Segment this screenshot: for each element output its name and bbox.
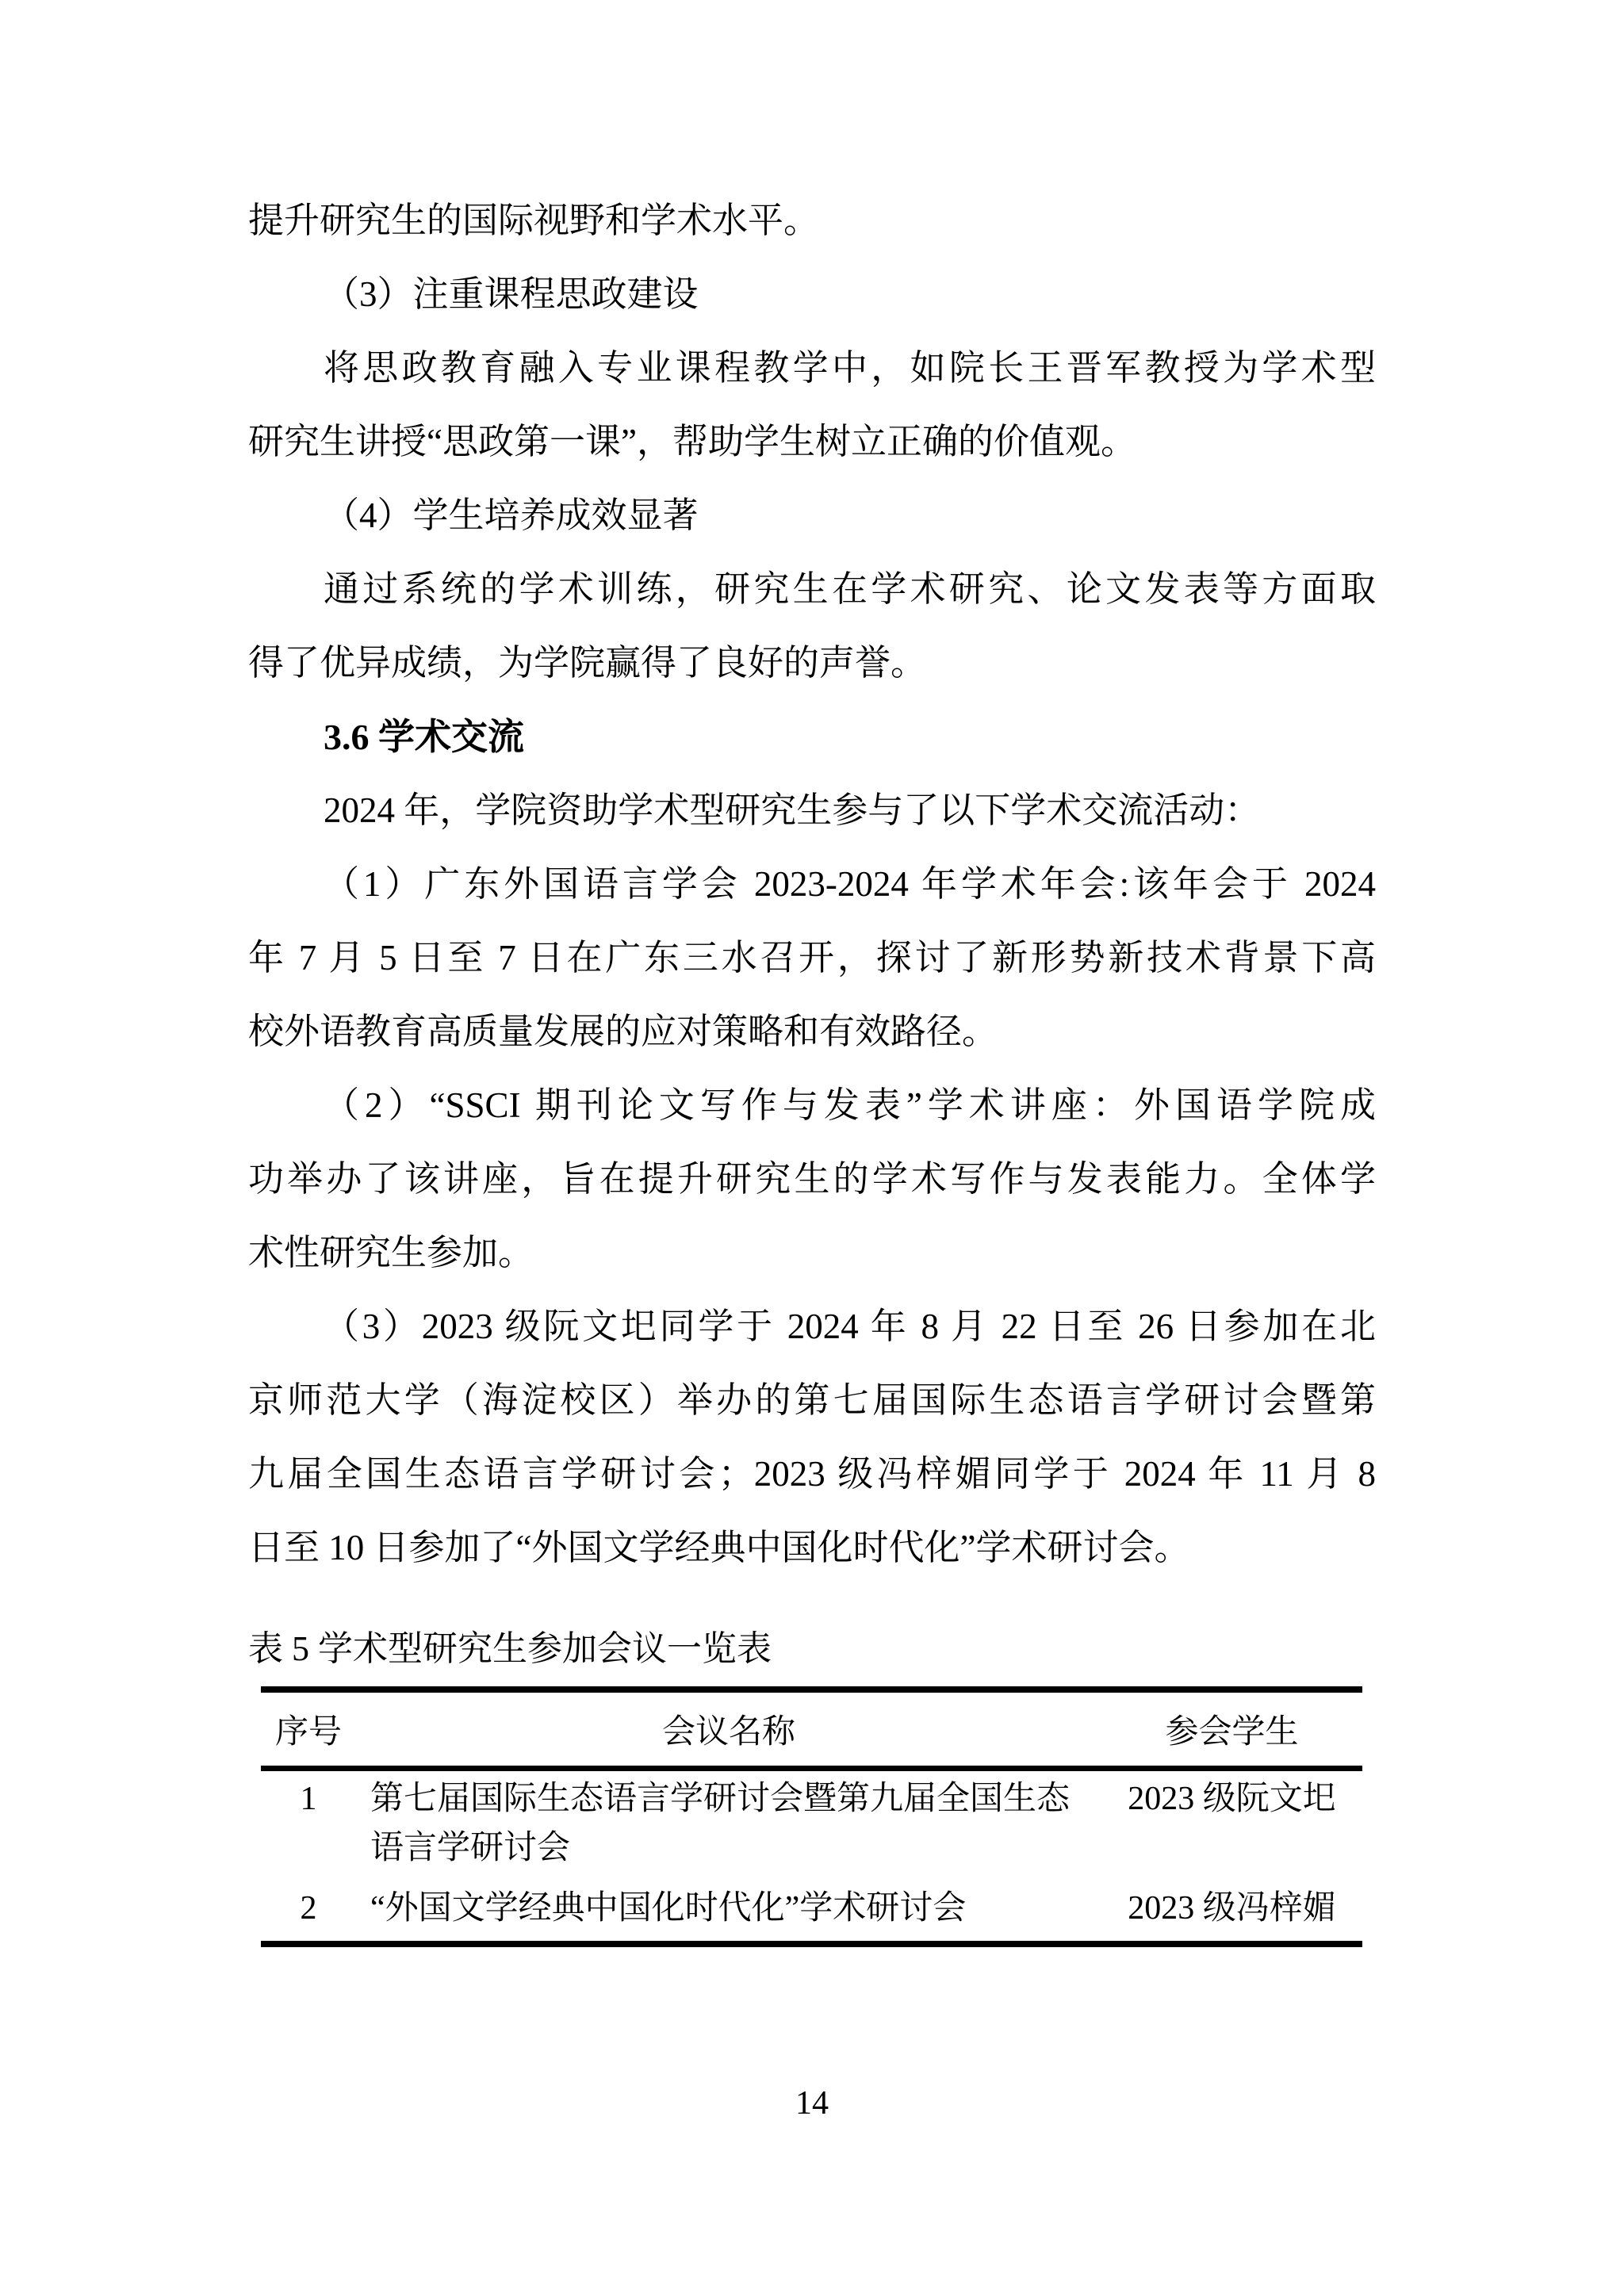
cell-no: 2 bbox=[261, 1881, 356, 1944]
section-heading: 3.6 学术交流 bbox=[248, 700, 1376, 774]
body-line-12: 校外语教育高质量发展的应对策略和有效路径。 bbox=[248, 995, 1376, 1069]
table-header-row: 序号会议名称参会学生 bbox=[261, 1689, 1362, 1769]
document-page: 提升研究生的国际视野和学术水平。（3）注重课程思政建设将思政教育融入专业课程教学… bbox=[0, 0, 1624, 2296]
body-line-3: 将思政教育融入专业课程教学中，如院长王晋军教授为学术型 bbox=[248, 331, 1376, 405]
body-text: 提升研究生的国际视野和学术水平。（3）注重课程思政建设将思政教育融入专业课程教学… bbox=[248, 184, 1376, 1585]
body-line-1: 提升研究生的国际视野和学术水平。 bbox=[248, 184, 1376, 258]
cell-stu: 2023 级冯梓媚 bbox=[1101, 1881, 1362, 1944]
body-line-11: 年 7 月 5 日至 7 日在广东三水召开，探讨了新形势新技术背景下高 bbox=[248, 921, 1376, 995]
body-line-15: 术性研究生参加。 bbox=[248, 1216, 1376, 1290]
table-header-1: 序号 bbox=[261, 1689, 356, 1769]
cell-no: 1 bbox=[261, 1769, 356, 1881]
body-line-6: 通过系统的学术训练，研究生在学术研究、论文发表等方面取 bbox=[248, 553, 1376, 626]
body-line-4: 研究生讲授“思政第一课”，帮助学生树立正确的价值观。 bbox=[248, 405, 1376, 479]
cell-conf: “外国文学经典中国化时代化”学术研讨会 bbox=[356, 1881, 1101, 1944]
table-header-2: 会议名称 bbox=[356, 1689, 1101, 1769]
body-line-13: （2）“SSCI 期刊论文写作与发表”学术讲座：外国语学院成 bbox=[248, 1069, 1376, 1142]
cell-conf: 第七届国际生态语言学研讨会暨第九届全国生态语言学研讨会 bbox=[356, 1769, 1101, 1881]
body-line-10: （1）广东外国语言学会 2023-2024 年学术年会:该年会于 2024 bbox=[248, 848, 1376, 921]
body-line-7: 得了优异成绩，为学院赢得了良好的声誉。 bbox=[248, 626, 1376, 700]
cell-stu: 2023 级阮文圯 bbox=[1101, 1769, 1362, 1881]
body-line-19: 日至 10 日参加了“外国文学经典中国化时代化”学术研讨会。 bbox=[248, 1511, 1376, 1585]
body-line-17: 京师范大学（海淀校区）举办的第七届国际生态语言学研讨会暨第 bbox=[248, 1364, 1376, 1437]
table-caption: 表 5 学术型研究生参加会议一览表 bbox=[248, 1617, 772, 1681]
body-line-18: 九届全国生态语言学研讨会；2023 级冯梓媚同学于 2024 年 11 月 8 bbox=[248, 1437, 1376, 1511]
body-line-14: 功举办了该讲座，旨在提升研究生的学术写作与发表能力。全体学 bbox=[248, 1142, 1376, 1216]
table-row: 1第七届国际生态语言学研讨会暨第九届全国生态语言学研讨会2023 级阮文圯 bbox=[261, 1769, 1362, 1881]
body-line-16: （3）2023 级阮文圯同学于 2024 年 8 月 22 日至 26 日参加在… bbox=[248, 1290, 1376, 1364]
table-header-3: 参会学生 bbox=[1101, 1689, 1362, 1769]
body-line-9: 2024 年，学院资助学术型研究生参与了以下学术交流活动： bbox=[248, 774, 1376, 848]
body-line-5: （4）学生培养成效显著 bbox=[248, 479, 1376, 553]
body-line-2: （3）注重课程思政建设 bbox=[248, 258, 1376, 331]
conference-table: 序号会议名称参会学生 1第七届国际生态语言学研讨会暨第九届全国生态语言学研讨会2… bbox=[261, 1686, 1362, 1947]
page-number: 14 bbox=[0, 2084, 1624, 2123]
table-row: 2“外国文学经典中国化时代化”学术研讨会2023 级冯梓媚 bbox=[261, 1881, 1362, 1944]
